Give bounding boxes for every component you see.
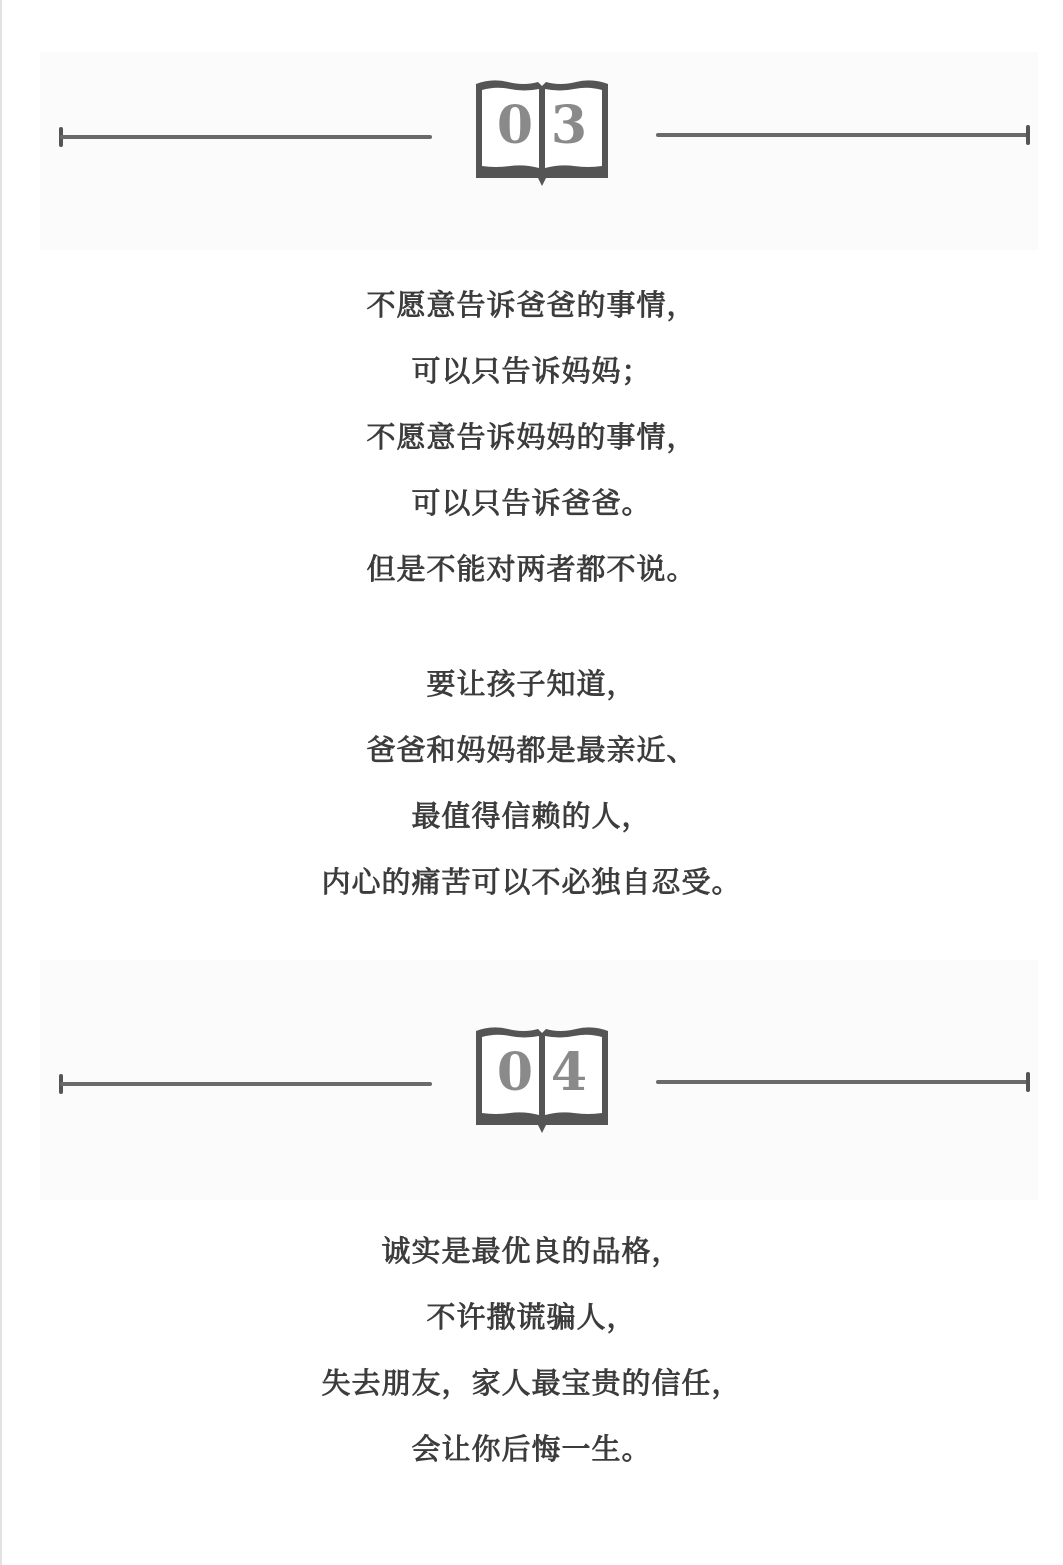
text-line: 但是不能对两者都不说。 bbox=[0, 536, 1063, 602]
divider-left-line bbox=[60, 1082, 432, 1086]
text-line: 内心的痛苦可以不必独自忍受。 bbox=[0, 849, 1063, 915]
section-04-paragraph-1: 诚实是最优良的品格， 不许撒谎骗人， 失去朋友，家人最宝贵的信任， 会让你后悔一… bbox=[0, 1218, 1063, 1482]
section-number-right-digit: 3 bbox=[542, 100, 596, 152]
text-line: 爸爸和妈妈都是最亲近、 bbox=[0, 717, 1063, 783]
section-number-left-digit: 0 bbox=[488, 1047, 542, 1099]
text-line: 诚实是最优良的品格， bbox=[0, 1218, 1063, 1284]
section-03-paragraph-1: 不愿意告诉爸爸的事情， 可以只告诉妈妈； 不愿意告诉妈妈的事情， 可以只告诉爸爸… bbox=[0, 272, 1063, 602]
text-line: 失去朋友，家人最宝贵的信任， bbox=[0, 1350, 1063, 1416]
divider-right-line bbox=[656, 1080, 1028, 1084]
open-book-icon: 0 4 bbox=[472, 1025, 612, 1135]
section-number-left-digit: 0 bbox=[488, 100, 542, 152]
divider-right-cap bbox=[1026, 1072, 1030, 1092]
text-line: 最值得信赖的人， bbox=[0, 783, 1063, 849]
text-line: 不许撒谎骗人， bbox=[0, 1284, 1063, 1350]
divider-right-line bbox=[656, 133, 1028, 137]
text-line: 可以只告诉妈妈； bbox=[0, 338, 1063, 404]
section-number-right-digit: 4 bbox=[542, 1047, 596, 1099]
divider-left-line bbox=[60, 135, 432, 139]
section-03-paragraph-2: 要让孩子知道， 爸爸和妈妈都是最亲近、 最值得信赖的人， 内心的痛苦可以不必独自… bbox=[0, 651, 1063, 915]
text-line: 不愿意告诉妈妈的事情， bbox=[0, 404, 1063, 470]
text-line: 会让你后悔一生。 bbox=[0, 1416, 1063, 1482]
text-line: 要让孩子知道， bbox=[0, 651, 1063, 717]
text-line: 不愿意告诉爸爸的事情， bbox=[0, 272, 1063, 338]
divider-right-cap bbox=[1026, 125, 1030, 145]
open-book-icon: 0 3 bbox=[472, 78, 612, 188]
text-line: 可以只告诉爸爸。 bbox=[0, 470, 1063, 536]
